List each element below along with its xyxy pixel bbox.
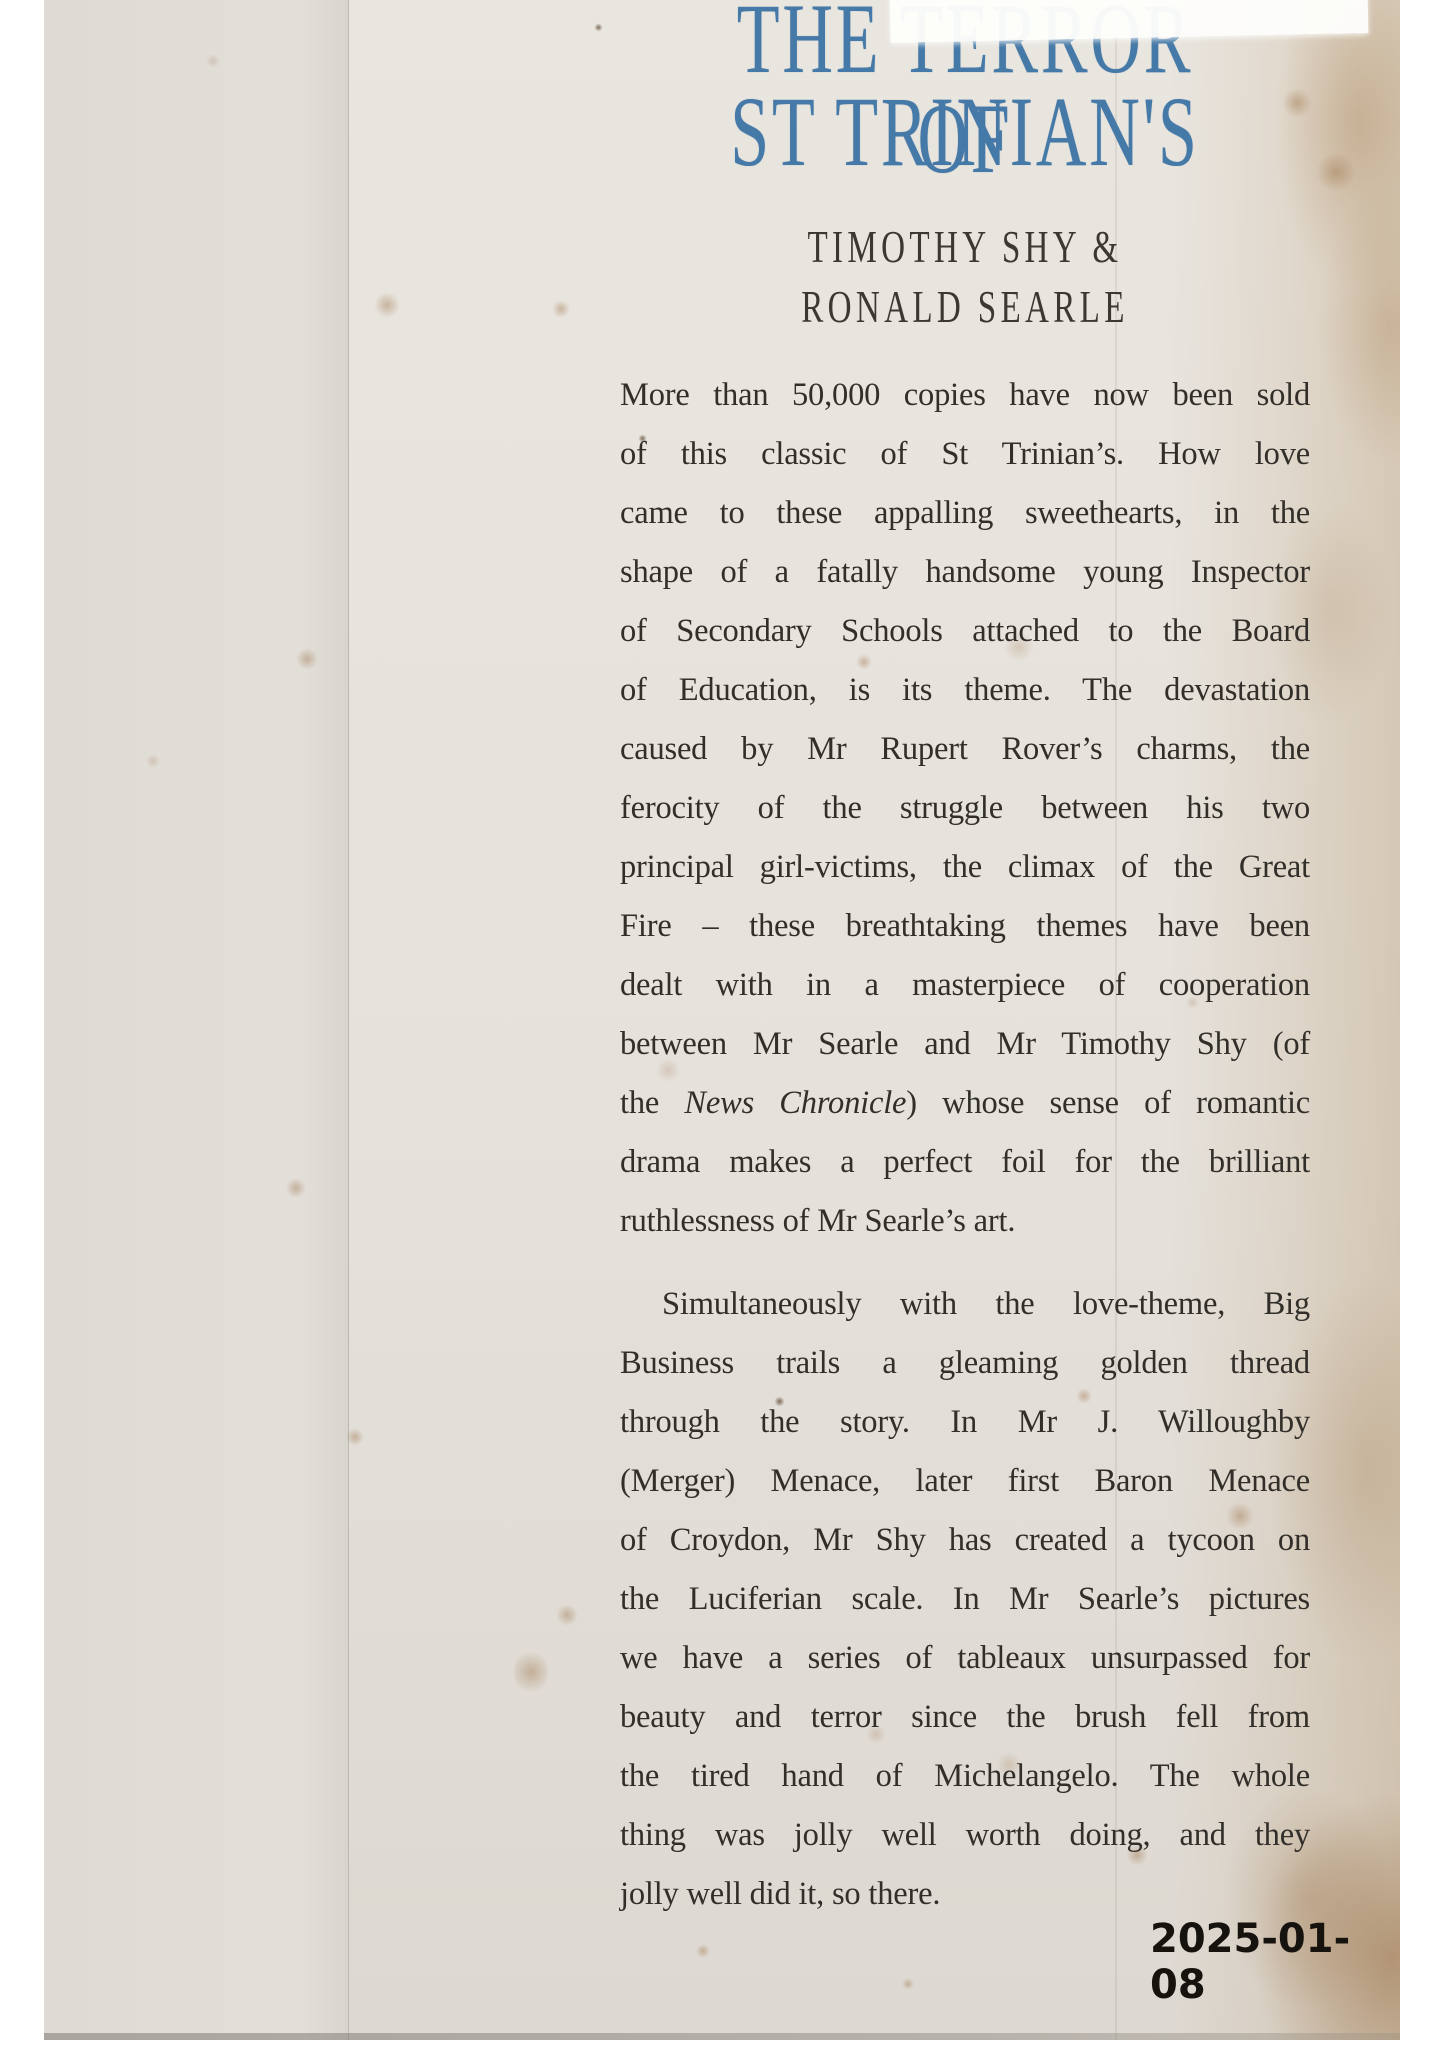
blurb-line-with-italic: the News Chronicle) whose sense of roman… xyxy=(620,1074,1310,1133)
blurb-line-post: ) whose sense of romantic xyxy=(906,1085,1310,1121)
foxing-spot xyxy=(902,1978,914,1990)
blurb-line: shape of a fatally handsome young Inspec… xyxy=(620,543,1310,602)
author-names-line2: RONALD SEARLE xyxy=(717,284,1214,330)
foxing-spot xyxy=(514,1648,548,1696)
blurb-line: dealt with in a masterpiece of cooperati… xyxy=(620,956,1310,1015)
blurb-line: the tired hand of Michelangelo. The whol… xyxy=(620,1747,1310,1806)
blurb-line: principal girl-victims, the climax of th… xyxy=(620,838,1310,897)
blurb-line: Fire – these breathtaking themes have be… xyxy=(620,897,1310,956)
blurb-line: Simultaneously with the love-theme, Big xyxy=(620,1275,1310,1334)
foxing-spot xyxy=(556,1604,578,1626)
book-title-line2: ST TRINIAN'S xyxy=(724,82,1207,182)
blurb-line: beauty and terror since the brush fell f… xyxy=(620,1688,1310,1747)
blurb-line: of Education, is its theme. The devastat… xyxy=(620,661,1310,720)
news-chronicle-italic: News Chronicle xyxy=(684,1085,906,1121)
photo-of-book-flap: THE TERROR OF ST TRINIAN'S TIMOTHY SHY &… xyxy=(0,0,1445,2046)
blurb-text: More than 50,000 copies have now been so… xyxy=(620,366,1310,1924)
blurb-line: between Mr Searle and Mr Timothy Shy (of xyxy=(620,1015,1310,1074)
book-flap-page: THE TERROR OF ST TRINIAN'S TIMOTHY SHY &… xyxy=(44,0,1400,2040)
blurb-line: ruthlessness of Mr Searle’s art. xyxy=(620,1192,1310,1251)
blurb-line: More than 50,000 copies have now been so… xyxy=(620,366,1310,425)
foxing-spot xyxy=(374,292,400,318)
page-bottom-shadow xyxy=(44,2033,1400,2040)
blurb-line: the Luciferian scale. In Mr Searle’s pic… xyxy=(620,1570,1310,1629)
blurb-line: came to these appalling sweethearts, in … xyxy=(620,484,1310,543)
blurb-line: ferocity of the struggle between his two xyxy=(620,779,1310,838)
blurb-line: caused by Mr Rupert Rover’s charms, the xyxy=(620,720,1310,779)
blurb-line-pre: the xyxy=(620,1085,684,1121)
blurb-line: drama makes a perfect foil for the brill… xyxy=(620,1133,1310,1192)
foxing-spot xyxy=(552,300,570,318)
blurb-line: (Merger) Menace, later first Baron Menac… xyxy=(620,1452,1310,1511)
date-stamp: 2025-01-08 xyxy=(1150,1916,1400,2008)
blurb-line: through the story. In Mr J. Willoughby xyxy=(620,1393,1310,1452)
flap-fold-panel xyxy=(44,0,349,2040)
blurb-line: of Secondary Schools attached to the Boa… xyxy=(620,602,1310,661)
blurb-line: Business trails a gleaming golden thread xyxy=(620,1334,1310,1393)
blurb-line: of this classic of St Trinian’s. How lov… xyxy=(620,425,1310,484)
foxing-spot xyxy=(696,1944,710,1958)
foxing-spot xyxy=(594,23,603,32)
blurb-line: we have a series of tableaux unsurpassed… xyxy=(620,1629,1310,1688)
blurb-line: of Croydon, Mr Shy has created a tycoon … xyxy=(620,1511,1310,1570)
blurb-line: thing was jolly well worth doing, and th… xyxy=(620,1806,1310,1865)
author-names-line1: TIMOTHY SHY & xyxy=(717,224,1214,270)
